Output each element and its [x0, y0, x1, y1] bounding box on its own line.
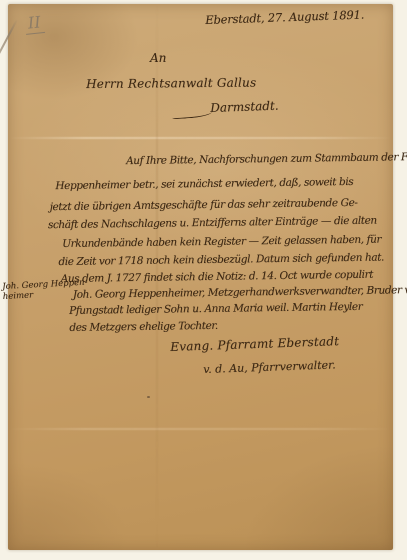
scanned-letter-page: { "letter": { "archival_mark": "II", "da…	[0, 0, 407, 560]
letter-body: Auf Ihre Bitte, Nachforschungen zum Stam…	[0, 0, 405, 1]
ink-speck	[147, 396, 150, 398]
fold-crease-top	[8, 137, 393, 139]
fold-crease-bottom	[8, 428, 393, 430]
address-city: Darmstadt.	[210, 99, 279, 115]
address-recipient: Herrn Rechtsanwalt Gallus	[86, 76, 256, 91]
body-line: des Metzgers ehelige Tochter.	[69, 320, 218, 334]
address-salutation: An	[150, 51, 166, 65]
archival-mark: II	[24, 12, 45, 35]
